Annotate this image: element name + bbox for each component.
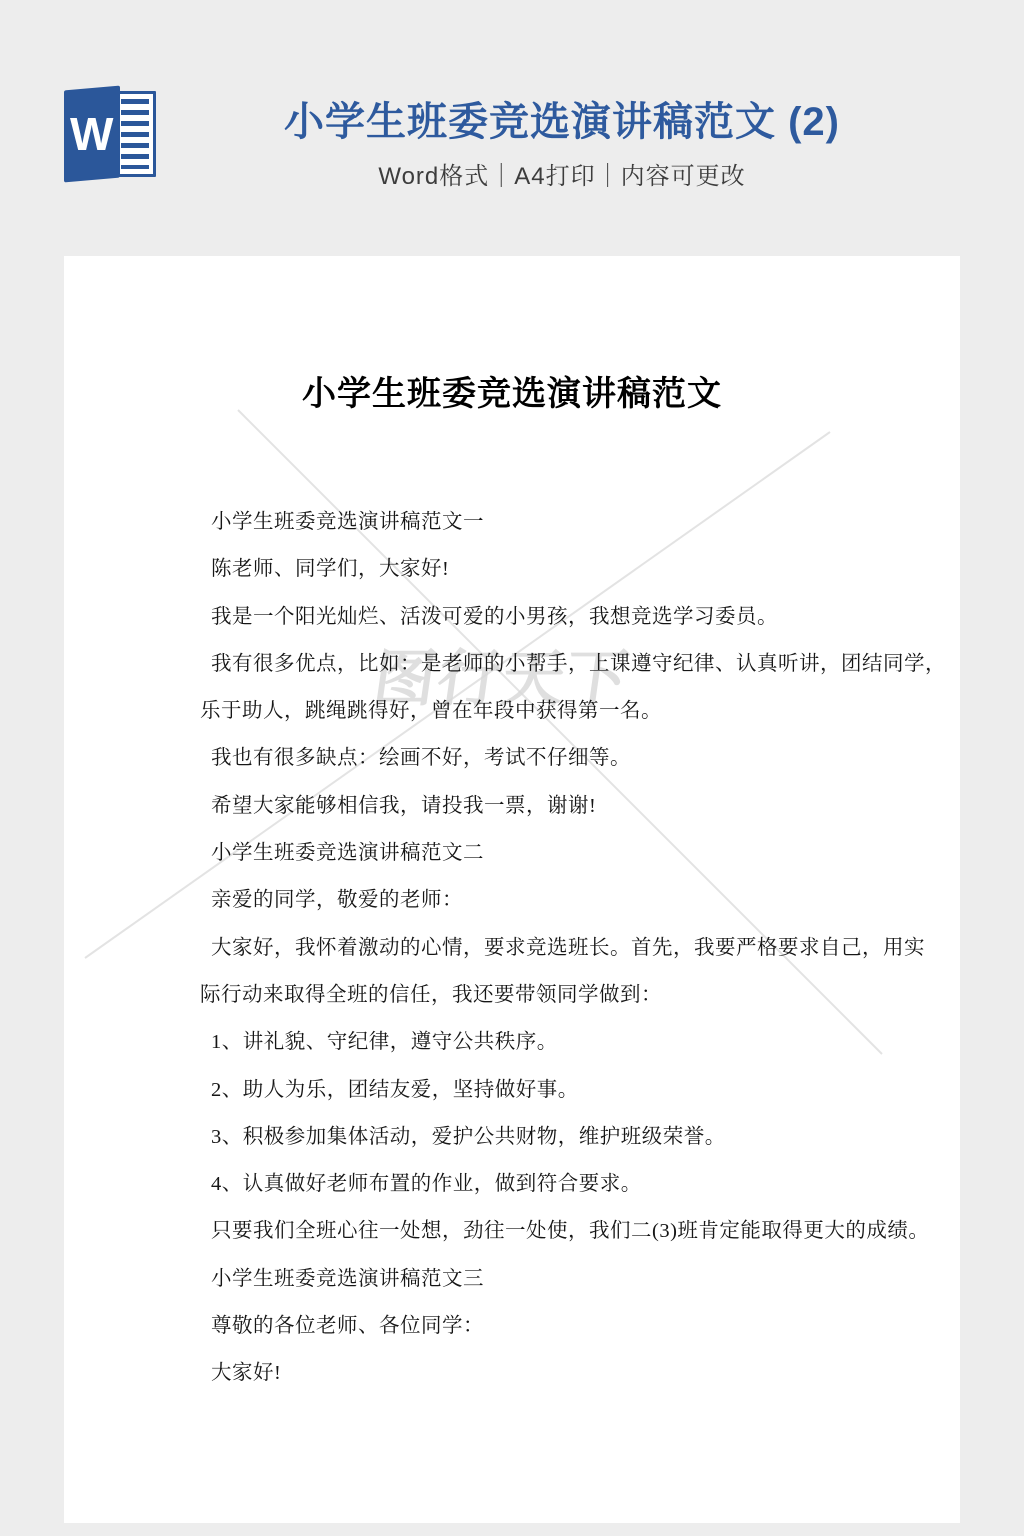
page-title: 小学生班委竞选演讲稿范文 (2) [100,90,1024,147]
text-line: 3、积极参加集体活动，爱护公共财物，维护班级荣誉。 [200,1114,940,1161]
text-line: 尊敬的各位老师、各位同学： [200,1303,940,1350]
preview-header: W 小学生班委竞选演讲稿范文 (2) Word格式｜A4打印｜内容可更改 [0,0,1024,230]
text-line: 陈老师、同学们，大家好! [200,546,940,593]
text-line: 小学生班委竞选演讲稿范文三 [200,1256,940,1303]
document-body: 小学生班委竞选演讲稿范文一陈老师、同学们，大家好!我是一个阳光灿烂、活泼可爱的小… [200,499,940,1398]
document-title: 小学生班委竞选演讲稿范文 [64,366,960,415]
text-line: 我是一个阳光灿烂、活泼可爱的小男孩，我想竞选学习委员。 [200,594,940,641]
text-line: 我也有很多缺点：绘画不好，考试不仔细等。 [200,735,940,782]
text-line: 际行动来取得全班的信任，我还要带领同学做到： [200,972,940,1019]
text-line: 希望大家能够相信我，请投我一票，谢谢! [200,783,940,830]
text-line: 乐于助人，跳绳跳得好，曾在年段中获得第一名。 [200,688,940,735]
text-line: 我有很多优点，比如：是老师的小帮手，上课遵守纪律、认真听讲，团结同学， [200,641,940,688]
text-line: 大家好! [200,1350,940,1397]
text-line: 大家好，我怀着激动的心情，要求竞选班长。首先，我要严格要求自己，用实 [200,925,940,972]
document-page: 图行天下 小学生班委竞选演讲稿范文 小学生班委竞选演讲稿范文一陈老师、同学们，大… [64,256,960,1523]
text-line: 小学生班委竞选演讲稿范文一 [200,499,940,546]
text-line: 2、助人为乐，团结友爱，坚持做好事。 [200,1067,940,1114]
text-line: 只要我们全班心往一处想，劲往一处使，我们二(3)班肯定能取得更大的成绩。 [200,1208,940,1255]
text-line: 小学生班委竞选演讲稿范文二 [200,830,940,877]
text-line: 亲爱的同学，敬爱的老师： [200,877,940,924]
text-line: 4、认真做好老师布置的作业，做到符合要求。 [200,1161,940,1208]
text-line: 1、讲礼貌、守纪律，遵守公共秩序。 [200,1019,940,1066]
page-subtitle: Word格式｜A4打印｜内容可更改 [100,156,1024,191]
